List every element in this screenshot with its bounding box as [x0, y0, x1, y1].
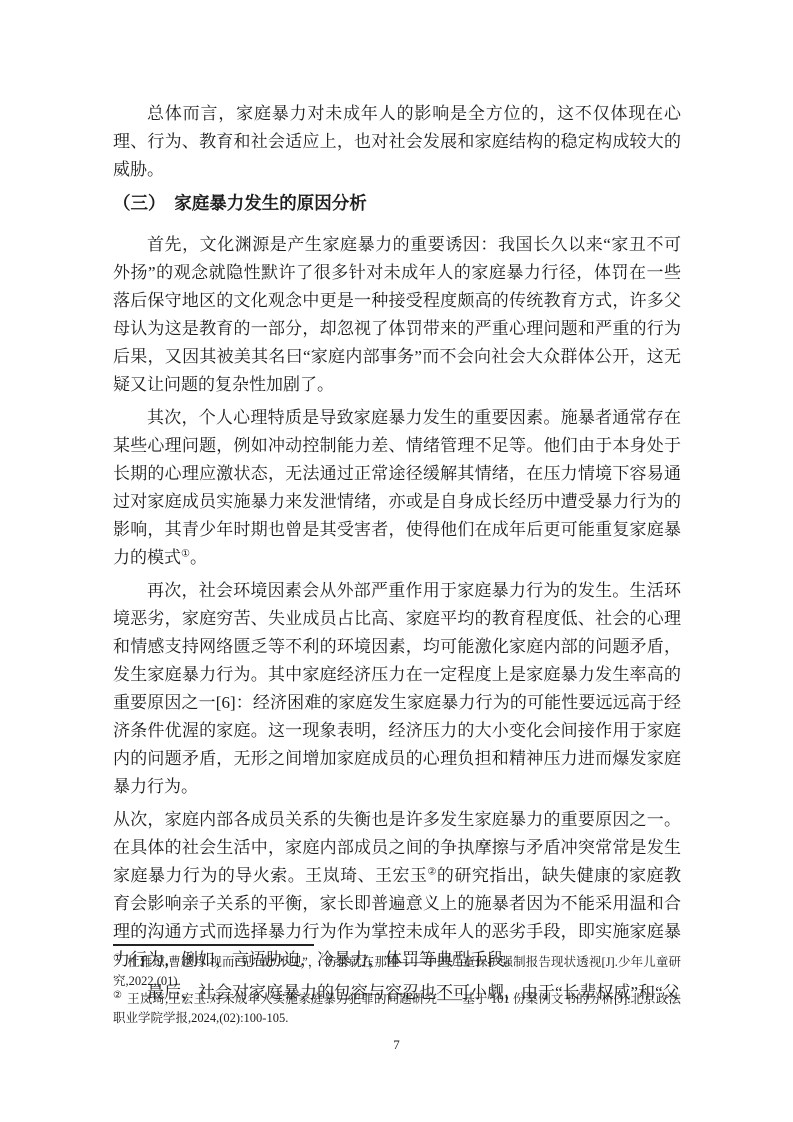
- paragraph-text: 其次，个人心理特质是导致家庭暴力发生的重要因素。施暴者通常存在某些心理问题，例如…: [113, 408, 681, 567]
- footnote-1-marker: ①: [113, 953, 122, 964]
- paragraph-text: 。: [190, 548, 207, 567]
- page-number: 7: [0, 1037, 793, 1053]
- paragraph-personal-psychology: 其次，个人心理特质是导致家庭暴力发生的重要因素。施暴者通常存在某些心理问题，例如…: [113, 404, 681, 572]
- paragraph-overall-summary: 总体而言，家庭暴力对未成年人的影响是全方位的，这不仅体现在心理、行为、教育和社会…: [113, 100, 681, 184]
- footnote-ref-1: ①: [181, 548, 190, 559]
- footnote-1: ①杜雅琼,曹越月.视而“见”或“不见”， 伤害就在那里——中国儿童保护强制报告现…: [113, 953, 681, 990]
- footnote-2-text: 王岚琦,王宏玉.对未成年人实施家庭暴力犯罪的问题研究——基于 101 份案例文书…: [113, 992, 681, 1025]
- footnote-1-text: 杜雅琼,曹越月.视而“见”或“不见”， 伤害就在那里——中国儿童保护强制报告现状…: [113, 955, 681, 988]
- footnote-ref-2: ②: [427, 866, 436, 877]
- paragraph-social-environment: 再次，社会环境因素会从外部严重作用于家庭暴力行为的发生。生活环境恶劣，家庭穷苦、…: [113, 577, 681, 801]
- document-body: 总体而言，家庭暴力对未成年人的影响是全方位的，这不仅体现在心理、行为、教育和社会…: [113, 100, 681, 1012]
- paragraph-cultural-origin: 首先，文化渊源是产生家庭暴力的重要诱因：我国长久以来“家丑不可外扬”的观念就隐性…: [113, 231, 681, 399]
- section-heading: （三） 家庭暴力发生的原因分析: [113, 189, 681, 217]
- footnote-2-marker: ②: [113, 990, 122, 1001]
- footnote-area: ①杜雅琼,曹越月.视而“见”或“不见”， 伤害就在那里——中国儿童保护强制报告现…: [113, 944, 681, 1027]
- footnote-separator-line: [113, 944, 314, 946]
- document-page: 总体而言，家庭暴力对未成年人的影响是全方位的，这不仅体现在心理、行为、教育和社会…: [0, 0, 793, 1122]
- footnote-2: ②王岚琦,王宏玉.对未成年人实施家庭暴力犯罪的问题研究——基于 101 份案例文…: [113, 990, 681, 1027]
